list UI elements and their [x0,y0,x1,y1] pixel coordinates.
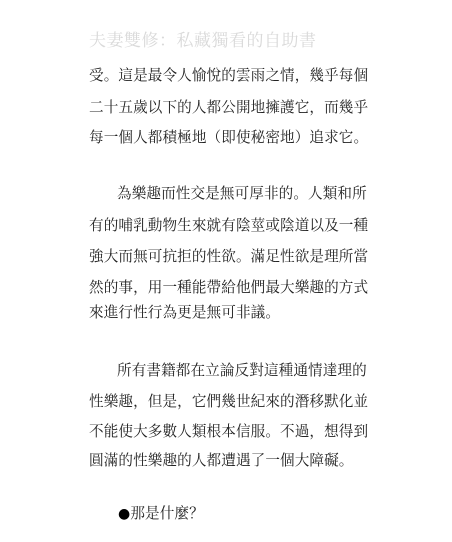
paragraph-3-line-1: 所有書籍都在立論反對這種通情達理的 [117,359,367,380]
book-title-header: 夫妻雙修：私藏獨看的自助書 [89,26,317,51]
question-text: 那是什麼？ [130,505,203,522]
paragraph-2-line-4: 然的事，用一種能帶給他們最大樂趣的方式 [89,276,368,297]
question-heading: ●那是什麼？ [118,502,204,523]
paragraph-3-line-2: 性樂趣，但是，它們幾世紀來的潛移默化並 [89,390,368,411]
bullet-icon: ● [118,506,130,522]
paragraph-3-line-4: 圓滿的性樂趣的人都遭遇了一個大障礙。 [89,449,354,470]
paragraph-2-line-1: 為樂趣而性交是無可厚非的。人類和所 [117,182,367,203]
paragraph-1-line-2: 二十五歲以下的人都公開地擁護它，而幾乎 [89,96,368,117]
paragraph-2-line-2: 有的哺乳動物生來就有陰莖或陰道以及一種 [89,214,368,235]
paragraph-3-line-3: 不能使大多數人類根本信服。不過，想得到 [89,420,368,441]
paragraph-2-line-3: 強大而無可抗拒的性欲。滿足性欲是理所當 [89,245,368,266]
paragraph-1-line-1: 受。這是最令人愉悅的雲雨之情，幾乎每個 [89,64,368,85]
paragraph-1-line-3: 每一個人都積極地（即使秘密地）追求它。 [89,126,368,147]
paragraph-2-line-5: 來進行性行為更是無可非議。 [89,301,280,322]
